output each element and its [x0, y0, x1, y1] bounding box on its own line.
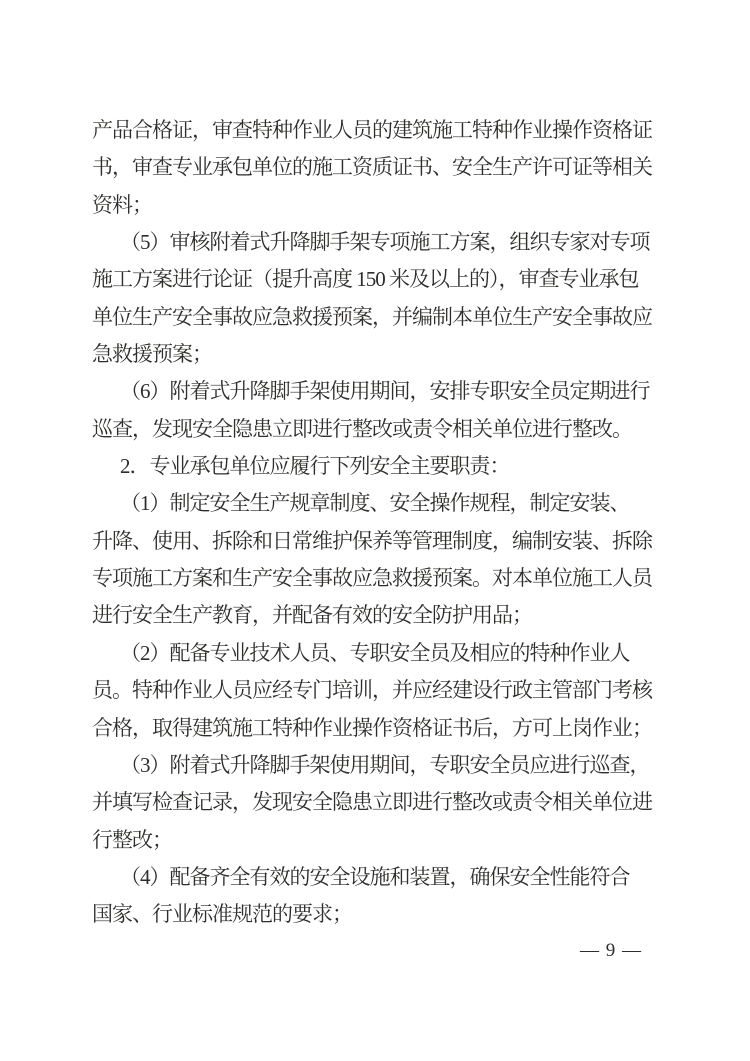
document-line: 合格，取得建筑施工特种作业操作资格证书后，方可上岗作业； [92, 710, 658, 747]
document-line: 并填写检查记录，发现安全隐患立即进行整改或责令相关单位进 [92, 784, 658, 821]
document-line: 施工方案进行论证（提升高度 150 米及以上的），审查专业承包 [92, 261, 658, 298]
document-line: （5）审核附着式升降脚手架专项施工方案，组织专家对专项 [92, 224, 658, 261]
document-line: 急救援预案； [92, 336, 658, 373]
document-line: （1）制定安全生产规章制度、安全操作规程，制定安装、 [92, 485, 658, 522]
document-line: 行整改； [92, 822, 658, 859]
document-line: 员。特种作业人员应经专门培训，并应经建设行政主管部门考核 [92, 672, 658, 709]
document-line: 书，审查专业承包单位的施工资质证书、安全生产许可证等相关 [92, 149, 658, 186]
document-line: （3）附着式升降脚手架使用期间，专职安全员应进行巡查， [92, 747, 658, 784]
page-number: — 9 — [580, 938, 642, 964]
document-line: 进行安全生产教育，并配备有效的安全防护用品； [92, 597, 658, 634]
document-line: （6）附着式升降脚手架使用期间，安排专职安全员定期进行 [92, 373, 658, 410]
document-line: （2）配备专业技术人员、专职安全员及相应的特种作业人 [92, 635, 658, 672]
document-page: 产品合格证，审查特种作业人员的建筑施工特种作业操作资格证书，审查专业承包单位的施… [0, 0, 750, 1061]
document-line: 单位生产安全事故应急救援预案，并编制本单位生产安全事故应 [92, 299, 658, 336]
document-line: 巡查，发现安全隐患立即进行整改或责令相关单位进行整改。 [92, 411, 658, 448]
document-text-block: 产品合格证，审查特种作业人员的建筑施工特种作业操作资格证书，审查专业承包单位的施… [92, 112, 658, 934]
document-line: （4）配备齐全有效的安全设施和装置，确保安全性能符合 [92, 859, 658, 896]
document-line: 升降、使用、拆除和日常维护保养等管理制度，编制安装、拆除 [92, 523, 658, 560]
document-line: 产品合格证，审查特种作业人员的建筑施工特种作业操作资格证 [92, 112, 658, 149]
document-line: 专项施工方案和生产安全事故应急救援预案。对本单位施工人员 [92, 560, 658, 597]
document-line: 国家、行业标准规范的要求； [92, 896, 658, 933]
document-line: 资料； [92, 187, 658, 224]
document-line: 2．专业承包单位应履行下列安全主要职责： [92, 448, 658, 485]
